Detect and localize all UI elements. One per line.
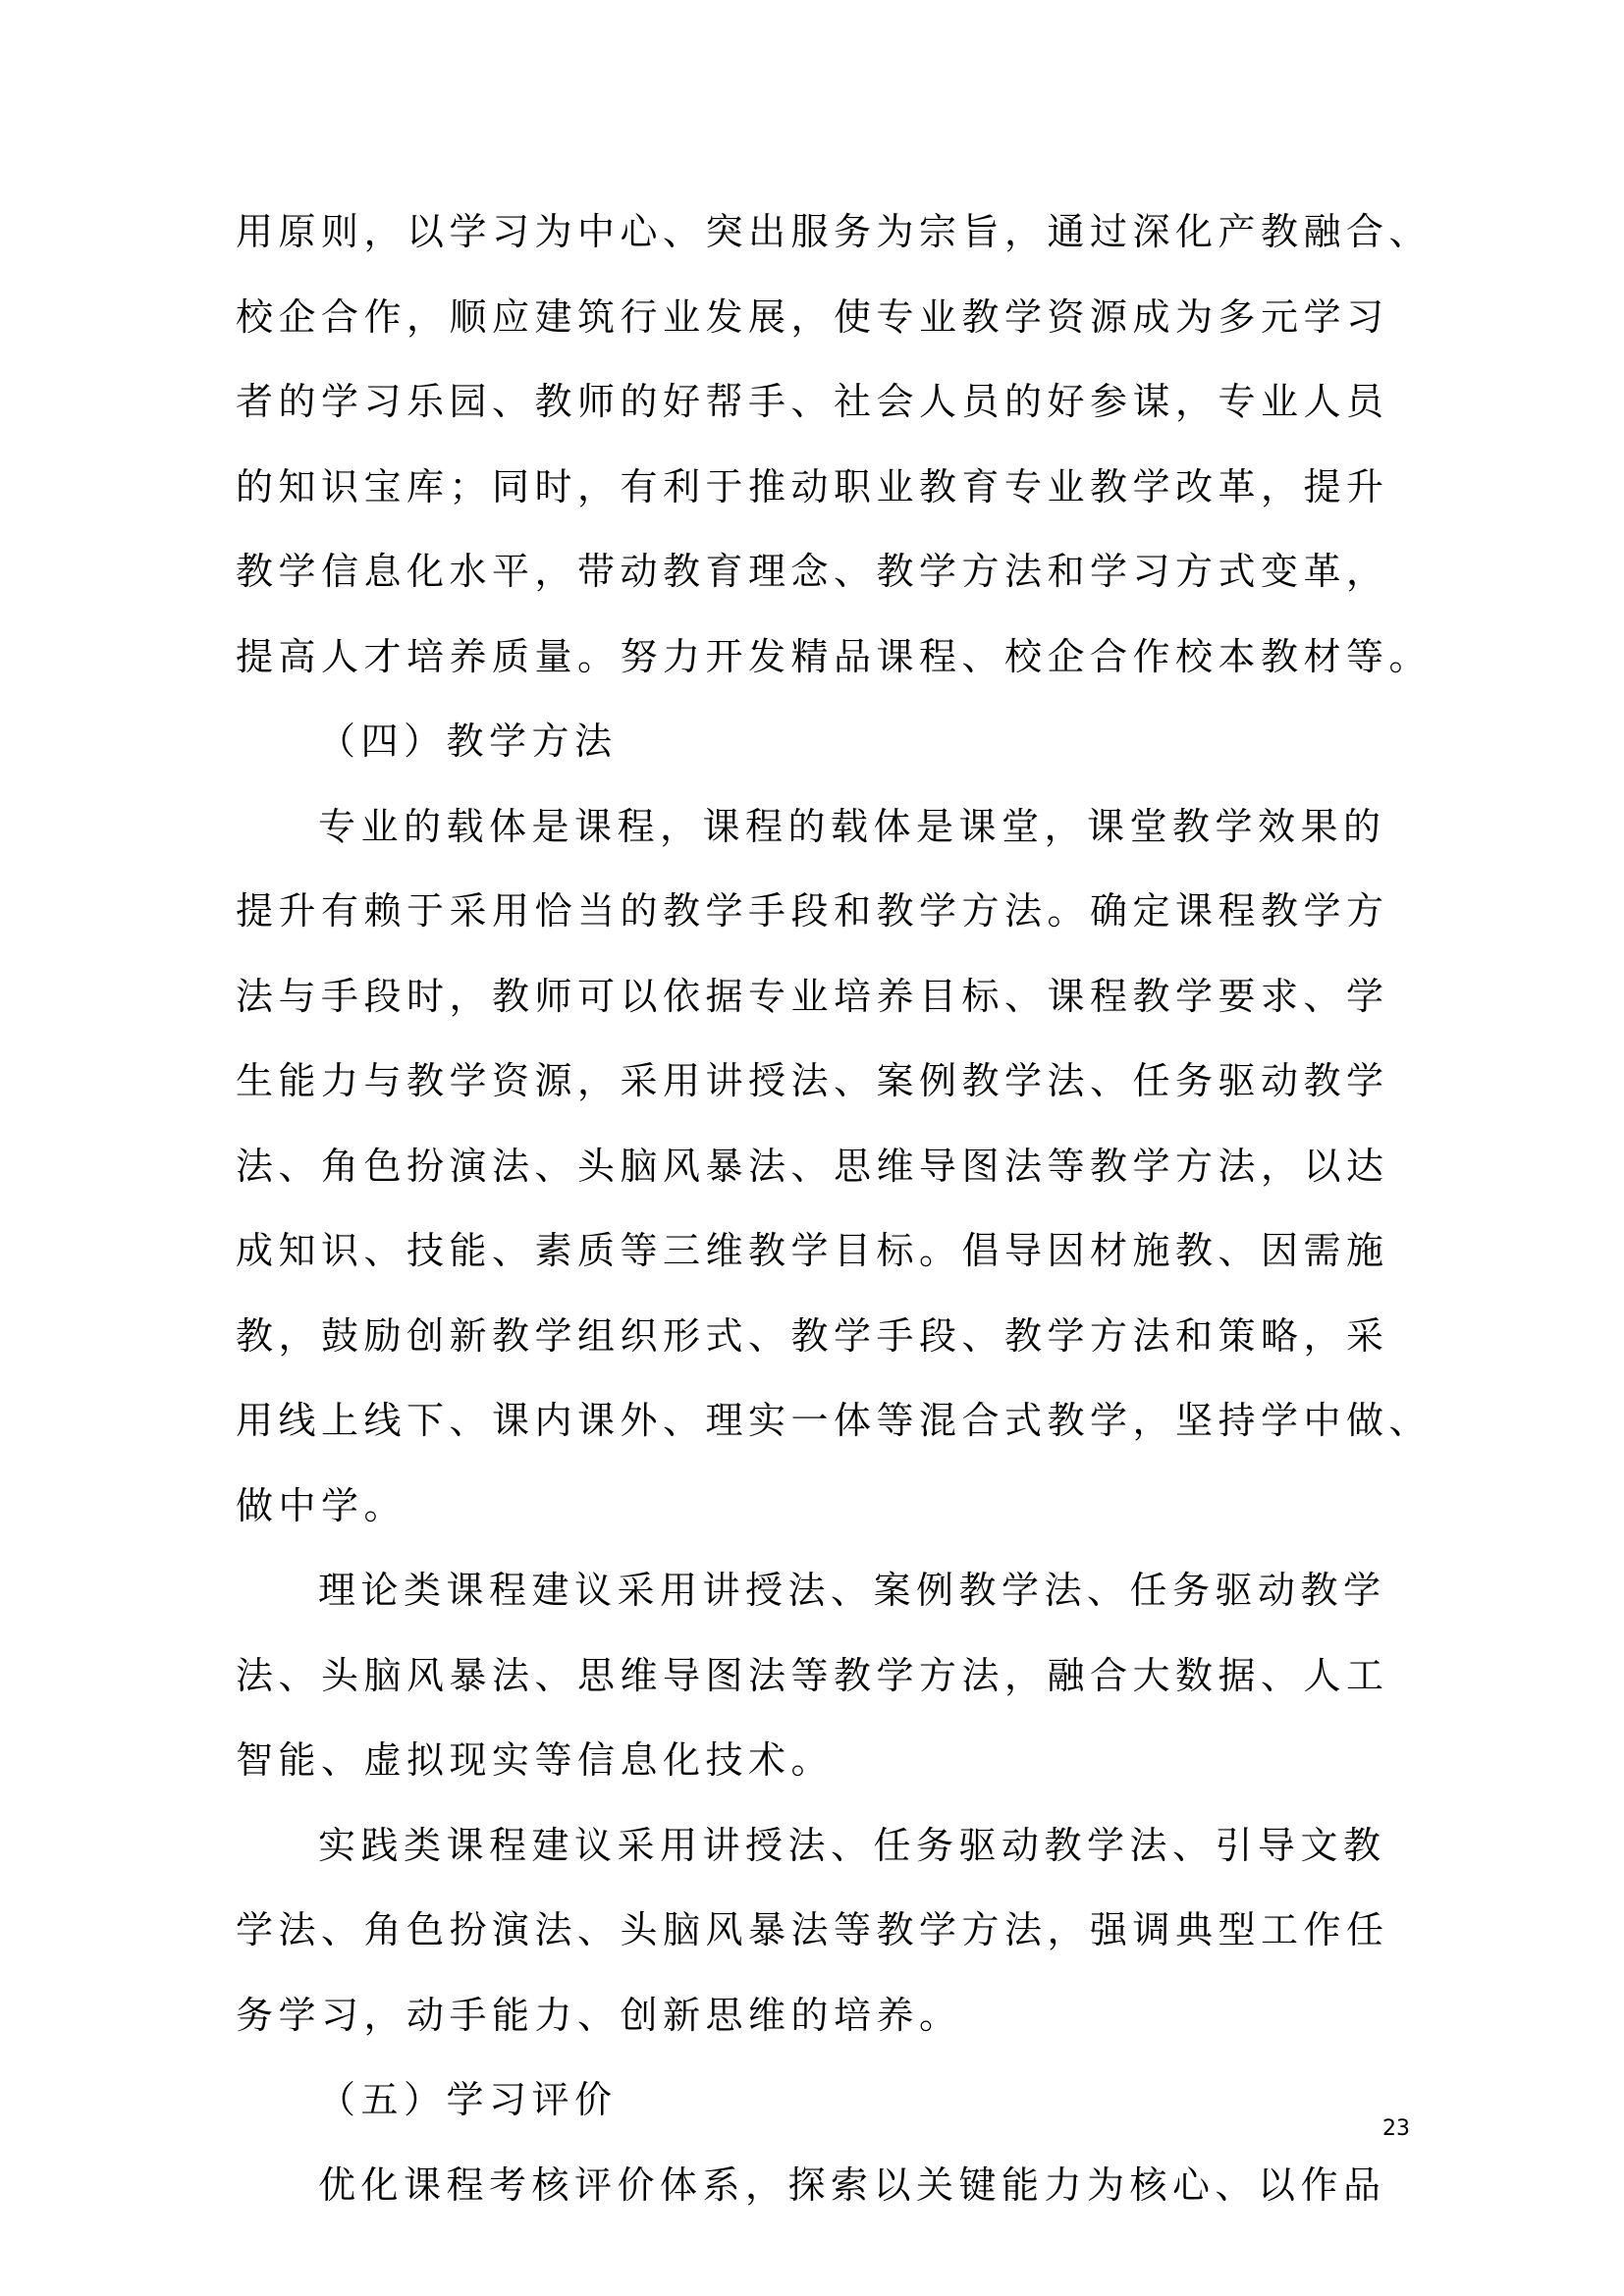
text-line: 生能力与教学资源，采用讲授法、案例教学法、任务驱动教学 [236,1057,1404,1104]
text-line: 提高人才培养质量。努力开发精品课程、校企合作校本教材等。 [236,633,1404,680]
section-heading: （四）教学方法 [318,718,1487,765]
text-line: 教学信息化水平，带动教育理念、教学方法和学习方式变革， [236,548,1404,595]
section-heading: （五）学习评价 [318,2076,1487,2123]
document-page: 用原则，以学习为中心、突出服务为宗旨，通过深化产教融合、 校企合作，顺应建筑行业… [0,0,1624,2296]
page-number: 23 [1382,2116,1410,2141]
text-line: 校企合作，顺应建筑行业发展，使专业教学资源成为多元学习 [236,294,1404,341]
text-line: 用原则，以学习为中心、突出服务为宗旨，通过深化产教融合、 [236,208,1404,255]
text-line: 智能、虚拟现实等信息化技术。 [236,1736,1404,1784]
text-line: 做中学。 [236,1482,1404,1529]
text-line: 学法、角色扮演法、头脑风暴法等教学方法，强调典型工作任 [236,1906,1404,1953]
text-line: 者的学习乐园、教师的好帮手、社会人员的好参谋，专业人员 [236,378,1404,425]
text-line: 实践类课程建议采用讲授法、任务驱动教学法、引导文教 [318,1822,1487,1869]
text-line: 用线上线下、课内课外、理实一体等混合式教学，坚持学中做、 [236,1397,1404,1444]
text-line: 专业的载体是课程，课程的载体是课堂，课堂教学效果的 [318,803,1487,850]
text-line: 的知识宝库；同时，有利于推动职业教育专业教学改革，提升 [236,463,1404,510]
text-line: 务学习，动手能力、创新思维的培养。 [236,1992,1404,2039]
text-line: 成知识、技能、素质等三维教学目标。倡导因材施教、因需施 [236,1227,1404,1274]
text-line: 优化课程考核评价体系，探索以关键能力为核心、以作品 [318,2162,1487,2209]
text-line: 教，鼓励创新教学组织形式、教学手段、教学方法和策略，采 [236,1312,1404,1360]
text-line: 法、角色扮演法、头脑风暴法、思维导图法等教学方法，以达 [236,1143,1404,1190]
text-line: 理论类课程建议采用讲授法、案例教学法、任务驱动教学 [318,1567,1487,1614]
text-line: 法、头脑风暴法、思维导图法等教学方法，融合大数据、人工 [236,1652,1404,1699]
text-line: 提升有赖于采用恰当的教学手段和教学方法。确定课程教学方 [236,887,1404,934]
text-line: 法与手段时，教师可以依据专业培养目标、课程教学要求、学 [236,973,1404,1020]
